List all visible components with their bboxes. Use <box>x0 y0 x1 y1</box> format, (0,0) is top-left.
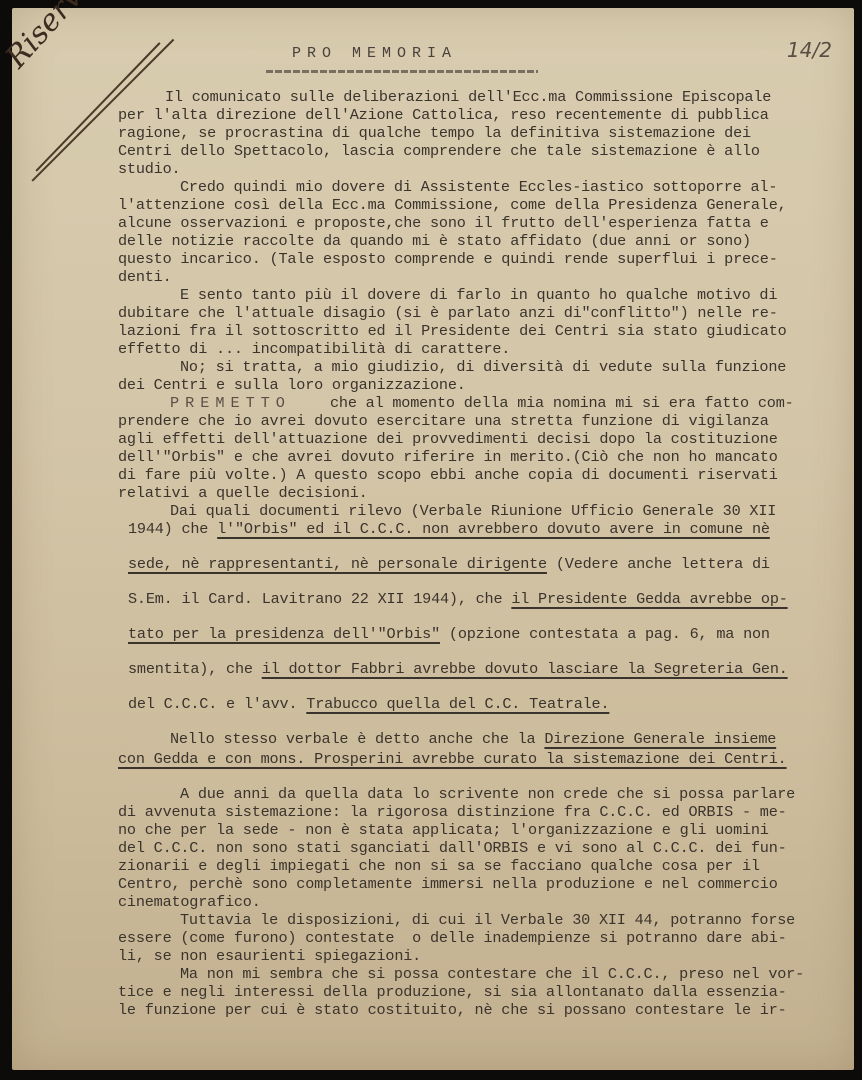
underlined-line: S.Em. il Card. Lavitrano 22 XII 1944), c… <box>128 590 788 608</box>
underlined-line: del C.C.C. e l'avv. Trabucco quella del … <box>128 695 609 713</box>
text-line: lazioni fra il sottoscritto ed il Presid… <box>118 322 787 340</box>
text-line: questo incarico. (Tale esposto comprende… <box>118 250 778 268</box>
underlined-text: l'"Orbis" ed il C.C.C. non avrebbero dov… <box>217 520 770 538</box>
text-line: effetto di ... incompatibilità di caratt… <box>118 340 510 358</box>
text-line: studio. <box>118 160 180 178</box>
text-line: denti. <box>118 268 171 286</box>
underlined-text: sede, nè rappresentanti, nè personale di… <box>128 555 547 573</box>
plain-text: (opzione contestata a pag. 6, ma non <box>440 625 770 643</box>
text-line: Il comunicato sulle deliberazioni dell'E… <box>165 88 771 106</box>
underlined-text: il dottor Fabbri avrebbe dovuto lasciare… <box>262 660 788 678</box>
underlined-line: tato per la presidenza dell'"Orbis" (opz… <box>128 625 770 643</box>
text-line: essere (come furono) contestate o delle … <box>118 929 787 947</box>
text-line: Dai quali documenti rilevo (Verbale Riun… <box>170 502 776 520</box>
text-line: Ma non mi sembra che si possa contestare… <box>180 965 804 983</box>
text-line: E sento tanto più il dovere di farlo in … <box>180 286 777 304</box>
underlined-line: 1944) che l'"Orbis" ed il C.C.C. non avr… <box>128 520 770 538</box>
underlined-text: con Gedda e con mons. Prosperini avrebbe… <box>118 750 787 768</box>
text-line: Centro, perchè sono completamente immers… <box>118 875 778 893</box>
text-line: tice e negli interessi della produzione,… <box>118 983 787 1001</box>
plain-text: smentita), che <box>128 660 262 678</box>
underlined-line: smentita), che il dottor Fabbri avrebbe … <box>128 660 788 678</box>
text-line: Centri dello Spettacolo, lascia comprend… <box>118 142 760 160</box>
text-line: No; si tratta, a mio giudizio, di divers… <box>180 358 786 376</box>
text-line: delle notizie raccolte da quando mi è st… <box>118 232 751 250</box>
underlined-text: tato per la presidenza dell'"Orbis" <box>128 625 440 643</box>
text-line: che al momento della mia nomina mi si er… <box>330 394 794 412</box>
underlined-line: con Gedda e con mons. Prosperini avrebbe… <box>118 750 787 768</box>
page-number: 14/2 <box>787 38 832 62</box>
text-line: ragione, se procrastina di qualche tempo… <box>118 124 751 142</box>
text-line: li, se non esaurienti spiegazioni. <box>118 947 421 965</box>
text-line: di avvenuta sistemazione: la rigorosa di… <box>118 803 787 821</box>
text-line: dubitare che l'attuale disagio (si è par… <box>118 304 778 322</box>
text-line: cinematografico. <box>118 893 261 911</box>
text-line: prendere che io avrei dovuto esercitare … <box>118 412 769 430</box>
plain-text: 1944) che <box>128 520 217 538</box>
text-line: di fare più volte.) A questo scopo ebbi … <box>118 466 778 484</box>
plain-text: del C.C.C. e l'avv. <box>128 695 306 713</box>
text-line: agli effetti dell'attuazione dei provved… <box>118 430 778 448</box>
text-line: relativi a quelle decisioni. <box>118 484 368 502</box>
title-underline <box>266 70 538 73</box>
text-line: no che per la sede - non è stata applica… <box>118 821 769 839</box>
premetto-heading: PREMETTO <box>170 394 291 412</box>
text-line: l'attenzione così della Ecc.ma Commissio… <box>118 196 787 214</box>
text-line: Tuttavia le disposizioni, di cui il Verb… <box>180 911 795 929</box>
text-line: le funzione per cui è stato costituito, … <box>118 1001 787 1019</box>
plain-text: (Vedere anche lettera di <box>547 555 770 573</box>
plain-text: Nello stesso verbale è detto anche che l… <box>170 730 544 748</box>
document-title: PRO MEMORIA <box>292 45 457 62</box>
text-line: del C.C.C. non sono stati sganciati dall… <box>118 839 787 857</box>
text-line: alcune osservazioni e proposte,che sono … <box>118 214 769 232</box>
text-line: dell'"Orbis" e che avrei dovuto riferire… <box>118 448 778 466</box>
underlined-line: sede, nè rappresentanti, nè personale di… <box>128 555 770 573</box>
plain-text: S.Em. il Card. Lavitrano 22 XII 1944), c… <box>128 590 511 608</box>
text-line: zionarii e degli impiegati che non si sa… <box>118 857 760 875</box>
text-line: dei Centri e sulla loro organizzazione. <box>118 376 466 394</box>
underlined-text: Direzione Generale insieme <box>544 730 776 748</box>
underlined-text: il Presidente Gedda avrebbe op- <box>511 590 787 608</box>
text-line: Credo quindi mio dovere di Assistente Ec… <box>180 178 777 196</box>
text-line: A due anni da quella data lo scrivente n… <box>180 785 795 803</box>
underlined-text: Trabucco quella del C.C. Teatrale. <box>306 695 609 713</box>
text-line: per l'alta direzione dell'Azione Cattoli… <box>118 106 769 124</box>
underlined-line: Nello stesso verbale è detto anche che l… <box>170 730 776 748</box>
